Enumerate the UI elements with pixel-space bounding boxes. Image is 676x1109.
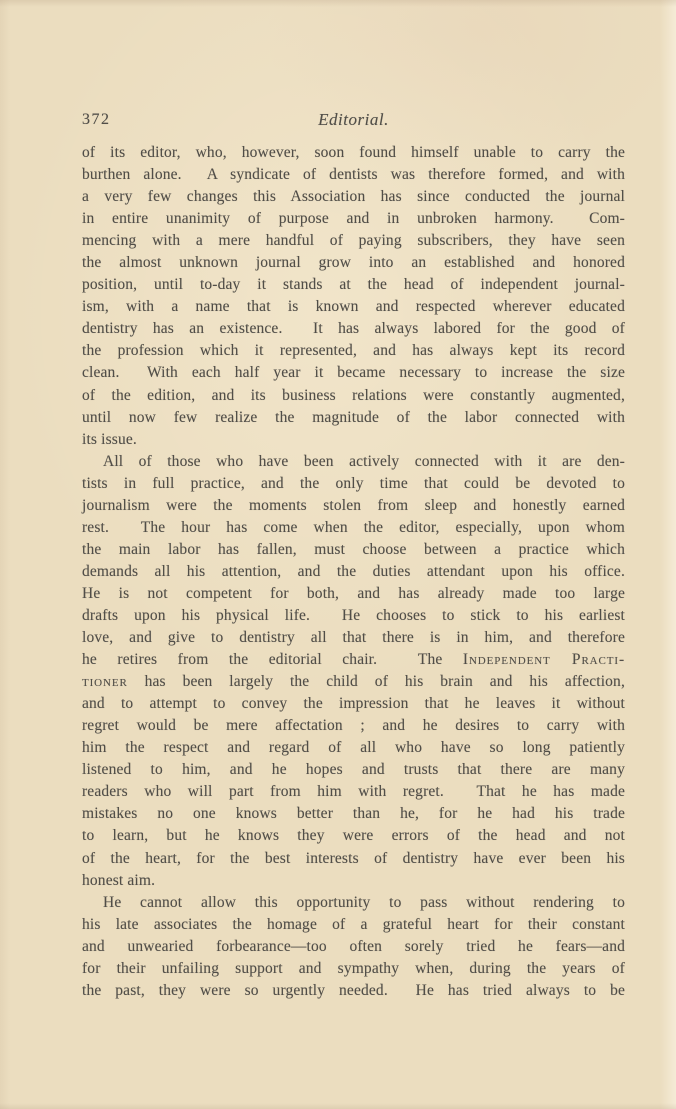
text-segment: of its editor, who, however, soon found … [82,144,625,161]
text-line: its issue. [82,429,625,451]
text-line: him the respect and regard of all who ha… [82,737,625,759]
text-line: position, until to-day it stands at the … [82,274,625,296]
text-line: readers who will part from him with regr… [82,781,625,803]
text-segment: the almost unknown journal grow into an … [82,254,625,271]
text-segment: the profession which it represented, and… [82,342,625,359]
text-line: in entire unanimity of purpose and in un… [82,208,625,230]
text-line: of the edition, and its business relatio… [82,385,625,407]
text-segment: until now few realize the magnitude of t… [82,409,625,426]
text-line: the profession which it represented, and… [82,340,625,362]
text-segment: regret would be mere affectation ; and h… [82,717,625,734]
text-line: He is not competent for both, and has al… [82,583,625,605]
text-segment: of the heart, for the best interests of … [82,850,625,867]
text-line: listened to him, and he hopes and trusts… [82,759,625,781]
text-line: burthen alone. A syndicate of dentists w… [82,164,625,186]
text-segment: him the respect and regard of all who ha… [82,739,625,756]
text-line: ism, with a name that is known and respe… [82,296,625,318]
text-line: tists in full practice, and the only tim… [82,473,625,495]
text-segment: and to attempt to convey the impression … [82,695,625,712]
text-line: the almost unknown journal grow into an … [82,252,625,274]
text-segment: journalism were the moments stolen from … [82,497,625,514]
text-segment: of the edition, and its business relatio… [82,387,625,404]
small-caps-text: Independent Practi- [463,651,625,668]
text-line: drafts upon his physical life. He choose… [82,605,625,627]
text-segment: to learn, but he knows they were errors … [82,827,625,844]
text-segment: has been largely the child of his brain … [128,673,625,690]
text-segment: clean. With each half year it became nec… [82,364,625,381]
text-segment: drafts upon his physical life. He choose… [82,607,625,624]
text-line: journalism were the moments stolen from … [82,495,625,517]
text-line: honest aim. [82,870,625,892]
text-segment: the past, they were so urgently needed. … [82,982,625,999]
text-segment: He is not competent for both, and has al… [82,585,625,602]
text-segment: and unwearied forbearance—too often sore… [82,938,625,955]
text-segment: in entire unanimity of purpose and in un… [82,210,625,227]
text-line: tioner has been largely the child of his… [82,671,625,693]
text-line: love, and give to dentistry all that the… [82,627,625,649]
text-segment: demands all his attention, and the dutie… [82,563,625,580]
text-segment: for their unfailing support and sympathy… [82,960,625,977]
text-segment: He cannot allow this opportunity to pass… [103,894,625,911]
text-segment: listened to him, and he hopes and trusts… [82,761,625,778]
text-line: for their unfailing support and sympathy… [82,958,625,980]
text-line: mencing with a mere handful of paying su… [82,230,625,252]
scanned-page: { "page": { "number": "372", "running_he… [0,0,676,1109]
text-line: rest. The hour has come when the editor,… [82,517,625,539]
text-line: mistakes no one knows better than he, fo… [82,803,625,825]
text-line: demands all his attention, and the dutie… [82,561,625,583]
text-line: the main labor has fallen, must choose b… [82,539,625,561]
text-segment: mistakes no one knows better than he, fo… [82,805,625,822]
text-segment: All of those who have been actively conn… [103,453,625,470]
text-line: and unwearied forbearance—too often sore… [82,936,625,958]
text-segment: he retires from the editorial chair. The [82,651,463,668]
text-segment: honest aim. [82,872,155,889]
text-line: All of those who have been actively conn… [82,451,625,473]
text-segment: mencing with a mere handful of paying su… [82,232,625,249]
text-segment: the main labor has fallen, must choose b… [82,541,625,558]
paragraph: He cannot allow this opportunity to pass… [82,892,625,1002]
text-segment: a very few changes this Association has … [82,188,625,205]
text-line: his late associates the homage of a grat… [82,914,625,936]
body-text: of its editor, who, however, soon found … [82,142,625,1002]
text-line: he retires from the editorial chair. The… [82,649,625,671]
text-segment: his late associates the homage of a grat… [82,916,625,933]
text-line: dentistry has an existence. It has alway… [82,318,625,340]
text-line: regret would be mere affectation ; and h… [82,715,625,737]
text-segment: dentistry has an existence. It has alway… [82,320,625,337]
text-segment: ism, with a name that is known and respe… [82,298,625,315]
text-segment: love, and give to dentistry all that the… [82,629,625,646]
text-segment: its issue. [82,431,137,448]
text-line: clean. With each half year it became nec… [82,362,625,384]
text-line: of the heart, for the best interests of … [82,848,625,870]
text-segment: tists in full practice, and the only tim… [82,475,625,492]
text-line: to learn, but he knows they were errors … [82,825,625,847]
running-head: Editorial. [82,110,625,130]
text-segment: position, until to-day it stands at the … [82,276,625,293]
paragraph: of its editor, who, however, soon found … [82,142,625,451]
text-line: the past, they were so urgently needed. … [82,980,625,1002]
text-segment: rest. The hour has come when the editor,… [82,519,625,536]
text-segment: readers who will part from him with regr… [82,783,625,800]
text-segment: burthen alone. A syndicate of dentists w… [82,166,625,183]
text-line: a very few changes this Association has … [82,186,625,208]
text-line: He cannot allow this opportunity to pass… [82,892,625,914]
text-line: of its editor, who, however, soon found … [82,142,625,164]
paragraph: All of those who have been actively conn… [82,451,625,892]
small-caps-text: tioner [82,673,128,690]
text-line: until now few realize the magnitude of t… [82,407,625,429]
text-line: and to attempt to convey the impression … [82,693,625,715]
